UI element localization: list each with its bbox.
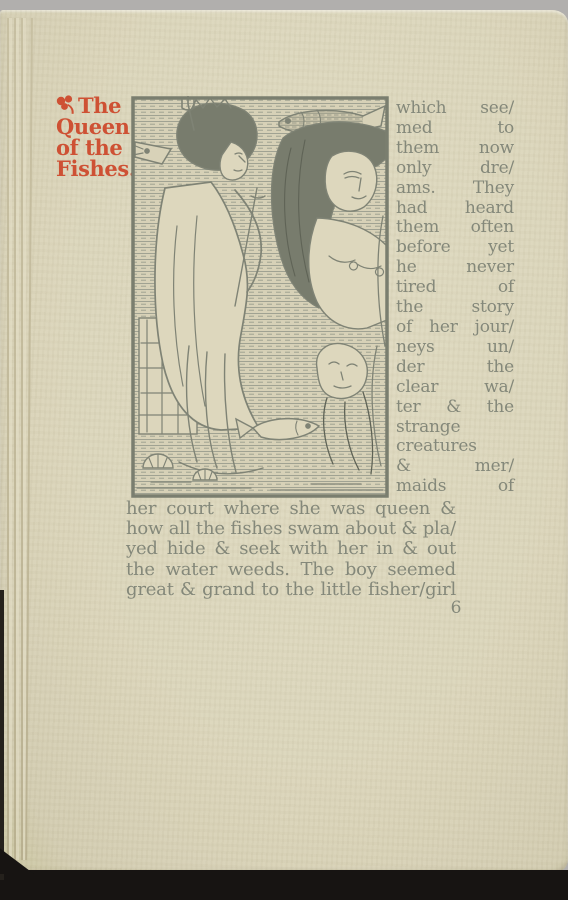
page-edge-highlight [9,18,12,860]
text-line: med to [396,119,514,139]
text-line: before yet [396,238,514,258]
page-edge-highlight [16,18,19,860]
text-line: yed hide & seek with her in & out [126,539,456,559]
text-line: der the [396,358,514,378]
text-line: how all the fishes swam about & pla/ [126,519,456,539]
text-line: neys un/ [396,338,514,358]
title-line-text: of the [56,137,142,158]
text-line: clear wa/ [396,378,514,398]
text-line: only dre/ [396,159,514,179]
woodcut-illustration [131,96,389,498]
title-line-text: The [78,95,121,116]
text-line: ter & the [396,398,514,418]
text-line: which see/ [396,99,514,119]
page-number: 6 [446,598,466,618]
right-text-column: which see/ med to them now only dre/ ams… [396,99,514,497]
text-line: the story [396,298,514,318]
chapter-title: The Queen of the Fishes. [56,95,142,179]
title-line-text: Queen [56,116,142,137]
text-line: creatures [396,437,514,457]
text-line: strange [396,418,514,438]
text-line: tired of [396,278,514,298]
text-line: them now [396,139,514,159]
hedera-leaf-icon [56,95,77,115]
text-line: & mer/ [396,457,514,477]
book-photo: The Queen of the Fishes. [0,0,568,900]
text-line: had heard [396,199,514,219]
text-line: them often [396,218,514,238]
text-line: maids of [396,477,514,497]
text-line: the water weeds. The boy seemed [126,560,456,580]
text-line: her court where she was queen & [126,499,456,519]
title-line-text: Fishes. [56,158,142,179]
bottom-text-block: her court where she was queen & how all … [126,499,456,600]
text-line: great & grand to the little fisher/girl [126,580,456,600]
backdrop-bottom [0,870,568,900]
text-line: he never [396,258,514,278]
text-line: ams. They [396,179,514,199]
text-line: of her jour/ [396,318,514,338]
backdrop-left-edge [0,590,4,880]
